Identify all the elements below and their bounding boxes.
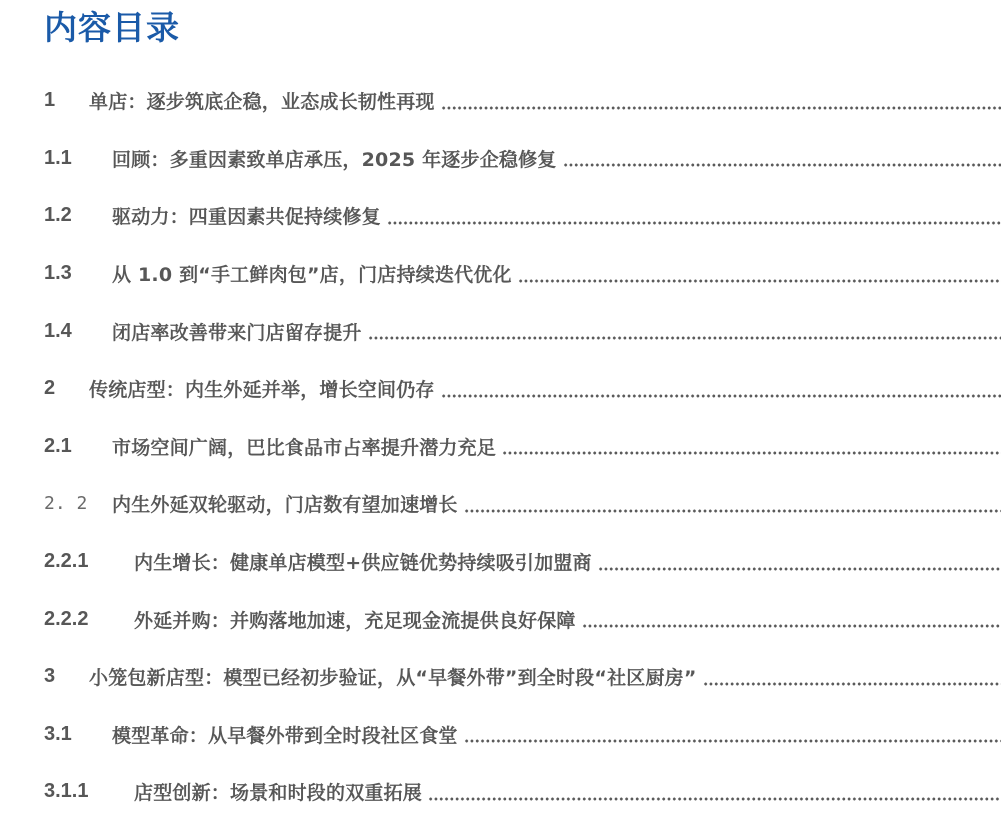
toc-entry-3-1-1[interactable]: 3.1.1 店型创新：场景和时段的双重拓展 (0, 763, 1001, 821)
toc-entry-number: 3 (44, 665, 89, 688)
toc-entry-2-1[interactable]: 2.1 市场空间广阔，巴比食品市占率提升潜力充足 (0, 418, 1001, 476)
dot-leader (502, 451, 1001, 455)
dot-leader (464, 509, 1001, 513)
dot-leader (703, 682, 1001, 686)
toc-entry-number: 2.2.2 (44, 608, 134, 631)
toc-entry-number: 1.1 (44, 147, 112, 170)
toc-entry-title[interactable]: 从 1.0 到“手工鲜肉包”店，门店持续迭代优化 (112, 260, 512, 287)
dot-leader (518, 279, 1001, 283)
page-title: 内容目录 (44, 4, 180, 52)
toc-entry-title[interactable]: 闭店率改善带来门店留存提升 (112, 318, 362, 345)
dot-leader (368, 336, 1001, 340)
toc-entry-number: 3.1 (44, 723, 112, 746)
toc-entry-title[interactable]: 单店：逐步筑底企稳，业态成长韧性再现 (89, 87, 435, 114)
toc-entry-1-2[interactable]: 1.2 驱动力：四重因素共促持续修复 (0, 187, 1001, 245)
table-of-contents: 1 单店：逐步筑底企稳，业态成长韧性再现 1.1 回顾：多重因素致单店承压，20… (0, 72, 1001, 821)
toc-entry-title[interactable]: 市场空间广阔，巴比食品市占率提升潜力充足 (112, 433, 496, 460)
dot-leader (428, 797, 1001, 801)
toc-entry-title[interactable]: 模型革命：从早餐外带到全时段社区食堂 (112, 721, 458, 748)
toc-entry-3-1[interactable]: 3.1 模型革命：从早餐外带到全时段社区食堂 (0, 706, 1001, 764)
toc-entry-number: 1.2 (44, 204, 112, 227)
toc-entry-title[interactable]: 驱动力：四重因素共促持续修复 (112, 202, 381, 229)
toc-entry-2[interactable]: 2 传统店型：内生外延并举，增长空间仍存 (0, 360, 1001, 418)
toc-entry-number: 2 (44, 377, 89, 400)
toc-entry-title[interactable]: 小笼包新店型：模型已经初步验证，从“早餐外带”到全时段“社区厨房” (89, 663, 697, 690)
toc-entry-1-1[interactable]: 1.1 回顾：多重因素致单店承压，2025 年逐步企稳修复 (0, 130, 1001, 188)
toc-entry-1[interactable]: 1 单店：逐步筑底企稳，业态成长韧性再现 (0, 72, 1001, 130)
dot-leader (582, 624, 1001, 628)
toc-entry-title[interactable]: 外延并购：并购落地加速，充足现金流提供良好保障 (134, 606, 576, 633)
toc-entry-number: 2.1 (44, 435, 112, 458)
toc-entry-2-2[interactable]: 2. 2 内生外延双轮驱动，门店数有望加速增长 (0, 475, 1001, 533)
toc-entry-2-2-2[interactable]: 2.2.2 外延并购：并购落地加速，充足现金流提供良好保障 (0, 590, 1001, 648)
toc-entry-title[interactable]: 内生增长：健康单店模型+供应链优势持续吸引加盟商 (134, 548, 592, 575)
toc-entry-2-2-1[interactable]: 2.2.1 内生增长：健康单店模型+供应链优势持续吸引加盟商 (0, 533, 1001, 591)
dot-leader (387, 221, 1001, 225)
toc-entry-title[interactable]: 内生外延双轮驱动，门店数有望加速增长 (112, 490, 458, 517)
toc-entry-number: 2. 2 (44, 493, 112, 514)
toc-entry-title[interactable]: 回顾：多重因素致单店承压，2025 年逐步企稳修复 (112, 145, 557, 172)
toc-entry-number: 3.1.1 (44, 780, 134, 803)
toc-entry-title[interactable]: 店型创新：场景和时段的双重拓展 (134, 778, 422, 805)
dot-leader (441, 394, 1001, 398)
toc-entry-number: 1 (44, 89, 89, 112)
dot-leader (563, 163, 1001, 167)
dot-leader (464, 739, 1001, 743)
toc-entry-1-3[interactable]: 1.3 从 1.0 到“手工鲜肉包”店，门店持续迭代优化 (0, 245, 1001, 303)
dot-leader (598, 567, 1001, 571)
toc-entry-title[interactable]: 传统店型：内生外延并举，增长空间仍存 (89, 375, 435, 402)
toc-entry-number: 1.4 (44, 320, 112, 343)
toc-entry-3[interactable]: 3 小笼包新店型：模型已经初步验证，从“早餐外带”到全时段“社区厨房” (0, 648, 1001, 706)
toc-entry-number: 2.2.1 (44, 550, 134, 573)
dot-leader (441, 106, 1001, 110)
toc-entry-number: 1.3 (44, 262, 112, 285)
toc-entry-1-4[interactable]: 1.4 闭店率改善带来门店留存提升 (0, 302, 1001, 360)
